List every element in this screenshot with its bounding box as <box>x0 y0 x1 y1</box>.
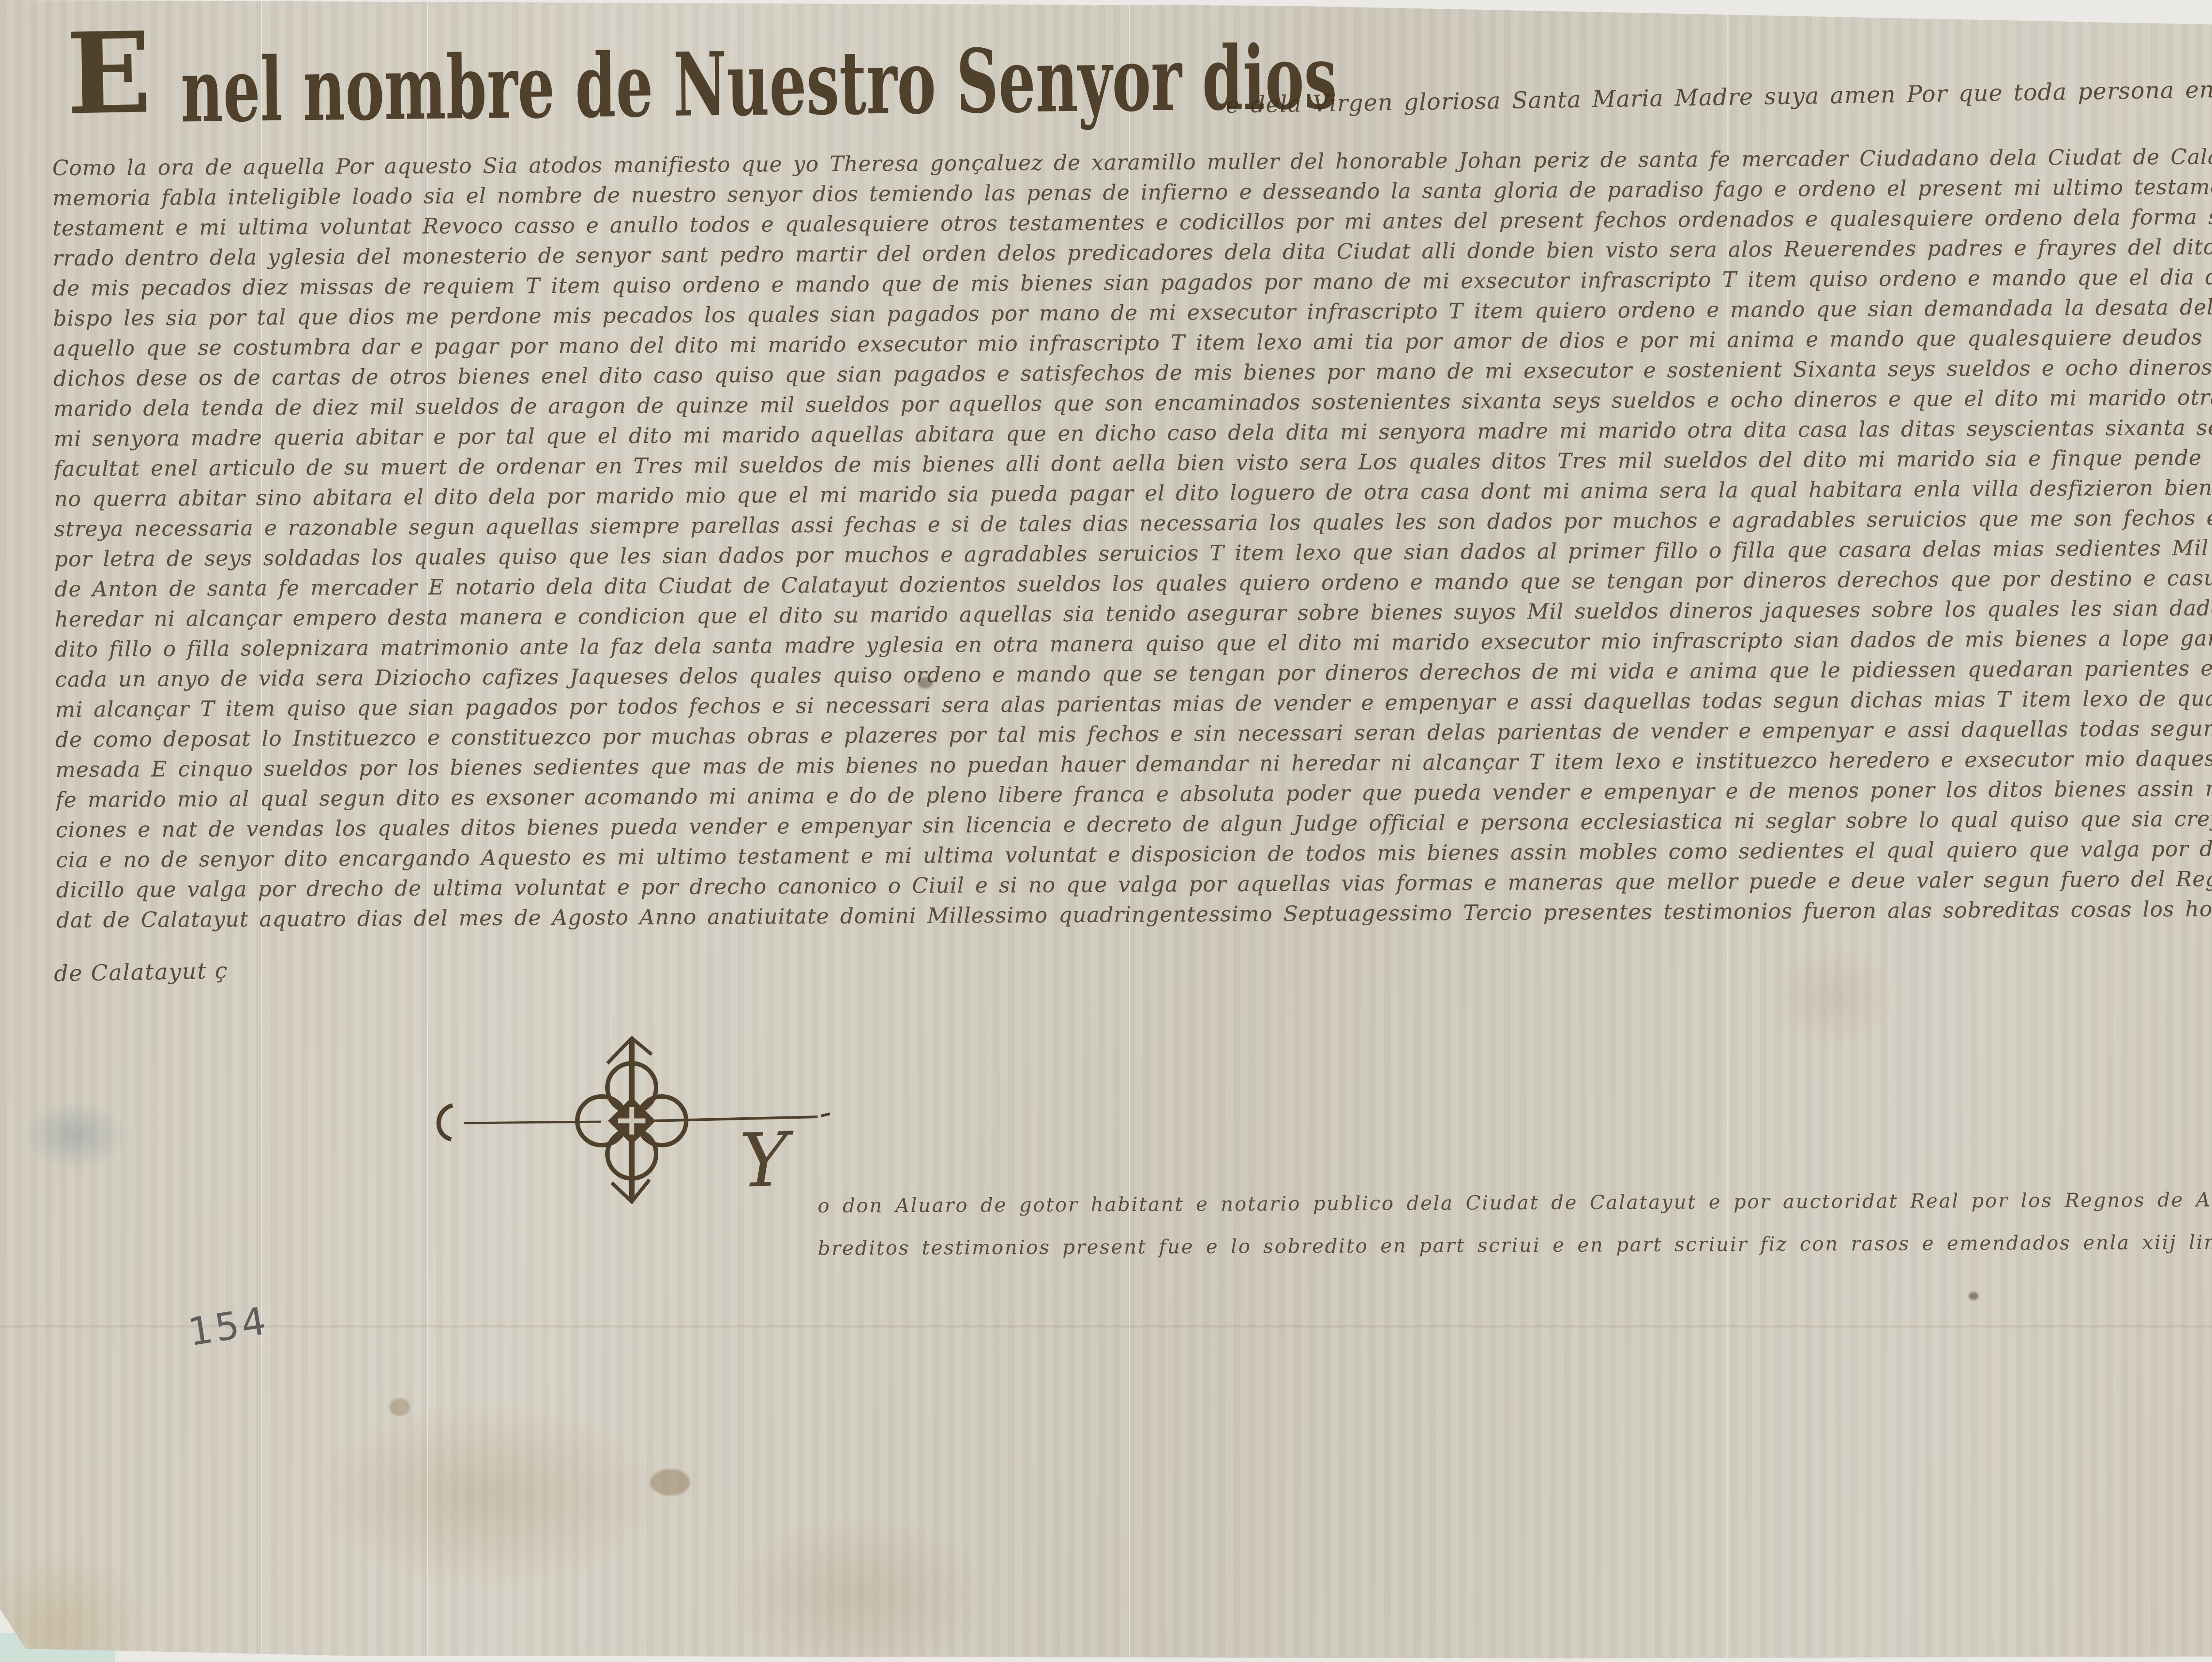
manuscript-closing-line: de Calatayut ç <box>54 958 229 987</box>
notary-line: breditos testimonios present fue e lo so… <box>818 1230 2212 1280</box>
gothic-initial-E: E <box>65 17 152 130</box>
parchment-sheet: E nel nombre de Nuestro Senyor dios e de… <box>0 0 2212 1662</box>
manuscript-body: Como la ora de aquella Por aquesto Sia a… <box>52 141 2212 938</box>
scanned-parchment-page: { "colors": { "ink": "#3e2e18", "parchme… <box>0 0 2212 1662</box>
fold-crease-horizontal <box>0 1325 2212 1327</box>
folio-number-pencil: 154 <box>185 1298 272 1354</box>
notary-line: o don Aluaro de gotor habitant e notario… <box>818 1187 2212 1237</box>
stain <box>389 1398 410 1416</box>
ink-spot <box>1969 1292 1978 1300</box>
heading-continuation: e dela Virgen gloriosa Santa Maria Madre… <box>1225 67 2212 119</box>
notary-initial-Y: Y <box>738 1122 790 1198</box>
stain <box>650 1469 690 1496</box>
gothic-heading: nel nombre de Nuestro Senyor dios <box>180 34 1337 135</box>
notary-attestation: o don Aluaro de gotor habitant e notario… <box>818 1187 2212 1280</box>
